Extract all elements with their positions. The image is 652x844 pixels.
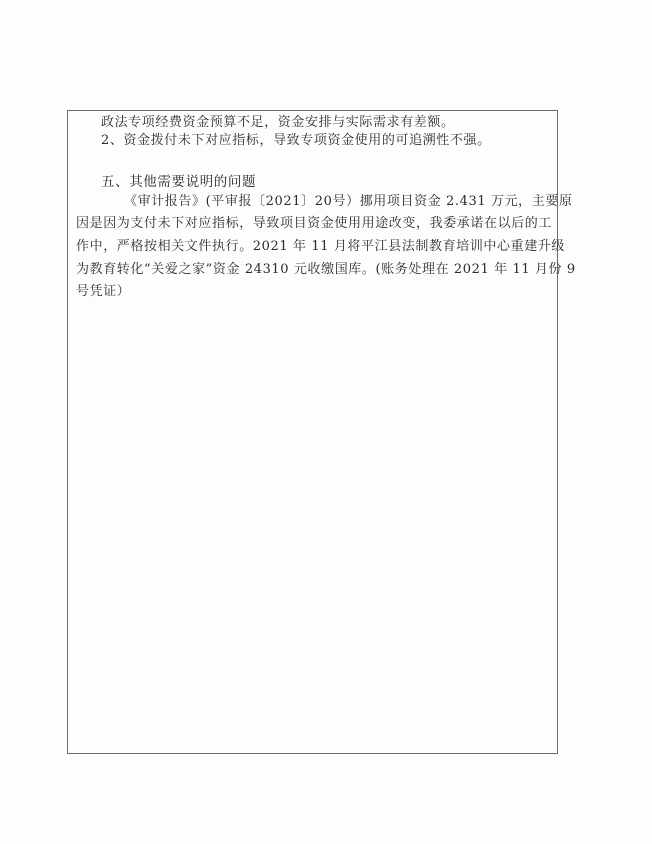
document-page: 政法专项经费资金预算不足，资金安排与实际需求有差额。 2、资金拨付未下对应指标，… bbox=[0, 0, 652, 844]
paragraph-line-3: 作中，严格按相关文件执行。2021 年 11 月将平江县法制教育培训中心重建升级 bbox=[76, 239, 565, 255]
paragraph-line-1: 《审计报告》(平审报〔2021〕20号）挪用项目资金 2.431 万元，主要原 bbox=[124, 194, 573, 210]
section-heading-other-issues: 五、其他需要说明的问题 bbox=[101, 174, 256, 190]
paragraph-line-5: 号凭证） bbox=[76, 284, 130, 300]
text-line-budget-shortfall: 政法专项经费资金预算不足，资金安排与实际需求有差额。 bbox=[101, 115, 455, 131]
text-line-fund-traceability: 2、资金拨付未下对应指标，导致专项资金使用的可追溯性不强。 bbox=[101, 133, 491, 149]
paragraph-line-2: 因是因为支付未下对应指标，导致项目资金使用用途改变，我委承诺在以后的工 bbox=[76, 216, 552, 232]
paragraph-line-4: 为教育转化“关爱之家”资金 24310 元收缴国库。(账务处理在 2021 年 … bbox=[76, 262, 576, 278]
form-table-cell: 政法专项经费资金预算不足，资金安排与实际需求有差额。 2、资金拨付未下对应指标，… bbox=[67, 110, 558, 754]
